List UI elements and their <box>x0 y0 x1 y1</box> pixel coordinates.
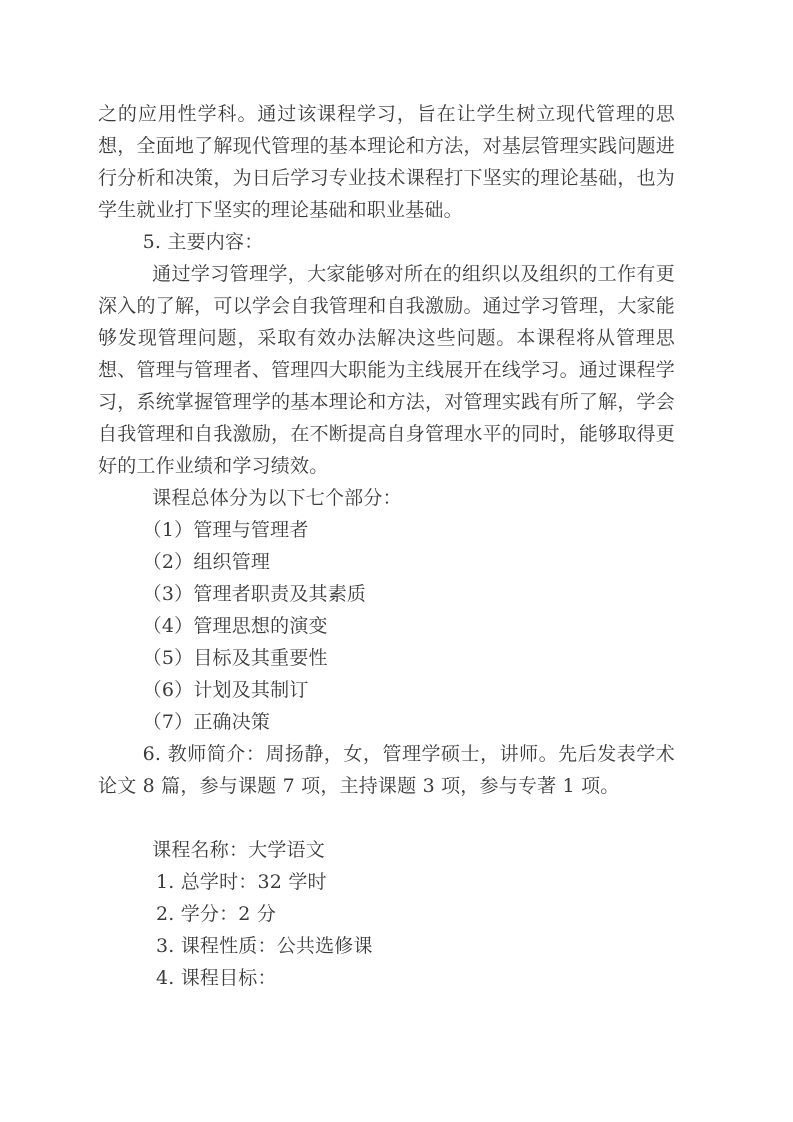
line-course-title: 课程名称：大学语文 <box>98 834 675 866</box>
line-seven-parts-intro: 课程总体分为以下七个部分： <box>98 482 675 514</box>
list-item-part-6: （6）计划及其制订 <box>98 674 675 706</box>
list-item-part-4: （4）管理思想的演变 <box>98 610 675 642</box>
paragraph-course-intro-continuation: 之的应用性学科。通过该课程学习，旨在让学生树立现代管理的思想，全面地了解现代管理… <box>98 98 675 226</box>
list-item-part-1: （1）管理与管理者 <box>98 514 675 546</box>
paragraph-course-overview: 通过学习管理学，大家能够对所在的组织以及组织的工作有更深入的了解，可以学会自我管… <box>98 258 675 482</box>
list-item-course-goal: 4. 课程目标： <box>98 962 675 994</box>
list-item-part-7: （7）正确决策 <box>98 706 675 738</box>
document-content: 之的应用性学科。通过该课程学习，旨在让学生树立现代管理的思想，全面地了解现代管理… <box>98 98 675 994</box>
document-page: 之的应用性学科。通过该课程学习，旨在让学生树立现代管理的思想，全面地了解现代管理… <box>0 0 793 1122</box>
list-item-part-2: （2）组织管理 <box>98 546 675 578</box>
list-item-part-5: （5）目标及其重要性 <box>98 642 675 674</box>
list-item-credits: 2. 学分：2 分 <box>98 898 675 930</box>
heading-main-content: 5. 主要内容： <box>98 226 675 258</box>
paragraph-teacher-profile: 6. 教师简介：周扬静，女，管理学硕士，讲师。先后发表学术论文 8 篇，参与课题… <box>98 738 675 802</box>
list-item-total-hours: 1. 总学时：32 学时 <box>98 866 675 898</box>
list-item-course-type: 3. 课程性质：公共选修课 <box>98 930 675 962</box>
list-item-part-3: （3）管理者职责及其素质 <box>98 578 675 610</box>
